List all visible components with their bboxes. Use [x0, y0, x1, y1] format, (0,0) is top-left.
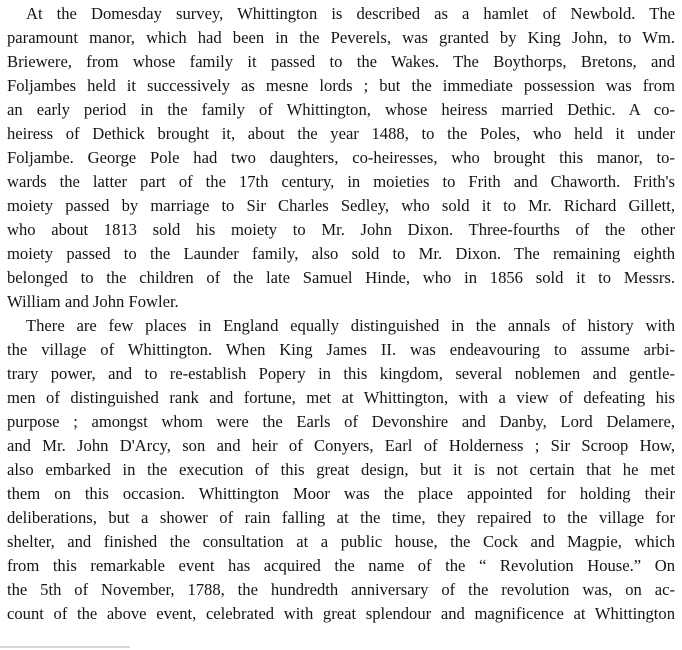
document-page: At the Domesday survey, Whittington is d… — [0, 0, 682, 650]
text-line: men of distinguished rank and fortune, m… — [7, 386, 675, 410]
text-line: moiety passed by marriage to Sir Charles… — [7, 194, 675, 218]
text-line: paramount manor, which had been in the P… — [7, 26, 675, 50]
text-line: heiress of Dethick brought it, about the… — [7, 122, 675, 146]
text-line: them on this occasion. Whittington Moor … — [7, 482, 675, 506]
text-line: wards the latter part of the 17th centur… — [7, 170, 675, 194]
text-line: belonged to the children of the late Sam… — [7, 266, 675, 290]
text-line: who about 1813 sold his moiety to Mr. Jo… — [7, 218, 675, 242]
text-line: count of the above event, celebrated wit… — [7, 602, 675, 626]
text-line: Briewere, from whose family it passed to… — [7, 50, 675, 74]
text-line: There are few places in England equally … — [26, 314, 675, 338]
text-line: shelter, and finished the consultation a… — [7, 530, 675, 554]
text-line: also embarked in the execution of this g… — [7, 458, 675, 482]
text-line: an early period in the family of Whittin… — [7, 98, 675, 122]
text-line: moiety passed to the Launder family, als… — [7, 242, 675, 266]
page-edge-divider — [0, 646, 130, 648]
text-line: Foljambe. George Pole had two daughters,… — [7, 146, 675, 170]
text-line: At the Domesday survey, Whittington is d… — [26, 2, 675, 26]
text-line: the 5th of November, 1788, the hundredth… — [7, 578, 675, 602]
text-line: purpose ; amongst whom were the Earls of… — [7, 410, 675, 434]
text-line: William and John Fowler. — [7, 290, 675, 314]
text-line: the village of Whittington. When King Ja… — [7, 338, 675, 362]
text-line: from this remarkable event has acquired … — [7, 554, 675, 578]
text-line: Foljambes held it successively as mesne … — [7, 74, 675, 98]
text-line: and Mr. John D'Arcy, son and heir of Con… — [7, 434, 675, 458]
text-line: trary power, and to re-establish Popery … — [7, 362, 675, 386]
text-line: deliberations, but a shower of rain fall… — [7, 506, 675, 530]
